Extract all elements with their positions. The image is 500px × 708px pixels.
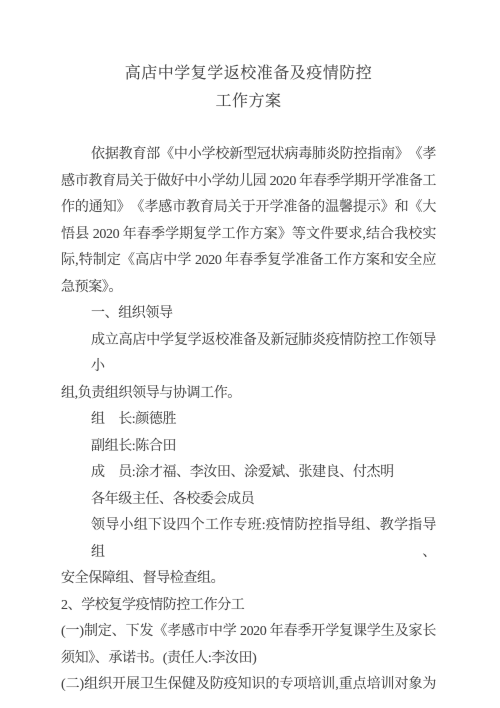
document-title-line-2: 工作方案 (61, 88, 436, 116)
text-line: 2、学校复学疫情防控工作分工 (61, 593, 436, 620)
text-line: 悟县 2020 年春季学期复学工作方案》等文件要求,结合我校实 (61, 222, 436, 249)
text-line: 副组长:陈合田 (61, 434, 436, 461)
text-line: 急预案》。 (61, 275, 436, 302)
text-line: 一、组织领导 (61, 301, 436, 328)
text-line: (二)组织开展卫生保健及防疫知识的专项培训,重点培训对象为 (61, 672, 436, 699)
text-line: 组 长:颜德胜 (61, 407, 436, 434)
document-page: 高店中学复学返校准备及疫情防控 工作方案 依据教育部《中小学校新型冠状病毒肺炎防… (0, 0, 500, 708)
document-title-line-1: 高店中学复学返校准备及疫情防控 (61, 60, 436, 88)
text-line: 安全保障组、督导检查组。 (61, 566, 436, 593)
text-line: 组,负责组织领导与协调工作。 (61, 381, 436, 408)
text-line: 依据教育部《中小学校新型冠状病毒肺炎防控指南》 《孝 (61, 142, 436, 169)
text-line: 领导小组下设四个工作专班:疫情防控指导组、教学指导组、 (61, 513, 436, 566)
text-line: 际,特制定《高店中学 2020 年春季复学准备工作方案和安全应 (61, 248, 436, 275)
document-title: 高店中学复学返校准备及疫情防控 工作方案 (61, 60, 436, 116)
text-line: 须知》、承诺书。(责任人:李汝田) (61, 646, 436, 673)
document-content: 高店中学复学返校准备及疫情防控 工作方案 依据教育部《中小学校新型冠状病毒肺炎防… (61, 60, 436, 699)
text-line: 成 员:涂才福、李汝田、涂爱斌、张建良、付杰明 (61, 460, 436, 487)
text-line: (一)制定、下发《孝感市中学 2020 年春季开学复课学生及家长 (61, 619, 436, 646)
text-line: 成立高店中学复学返校准备及新冠肺炎疫情防控工作领导小 (61, 328, 436, 381)
document-body: 依据教育部《中小学校新型冠状病毒肺炎防控指南》 《孝感市教育局关于做好中小学幼儿… (61, 142, 436, 699)
text-line: 感市教育局关于做好中小学幼儿园 2020 年春季学期开学准备工 (61, 169, 436, 196)
text-line: 作的通知》 《孝感市教育局关于开学准备的温馨提示》和《大 (61, 195, 436, 222)
text-line: 各年级主任、各校委会成员 (61, 487, 436, 514)
